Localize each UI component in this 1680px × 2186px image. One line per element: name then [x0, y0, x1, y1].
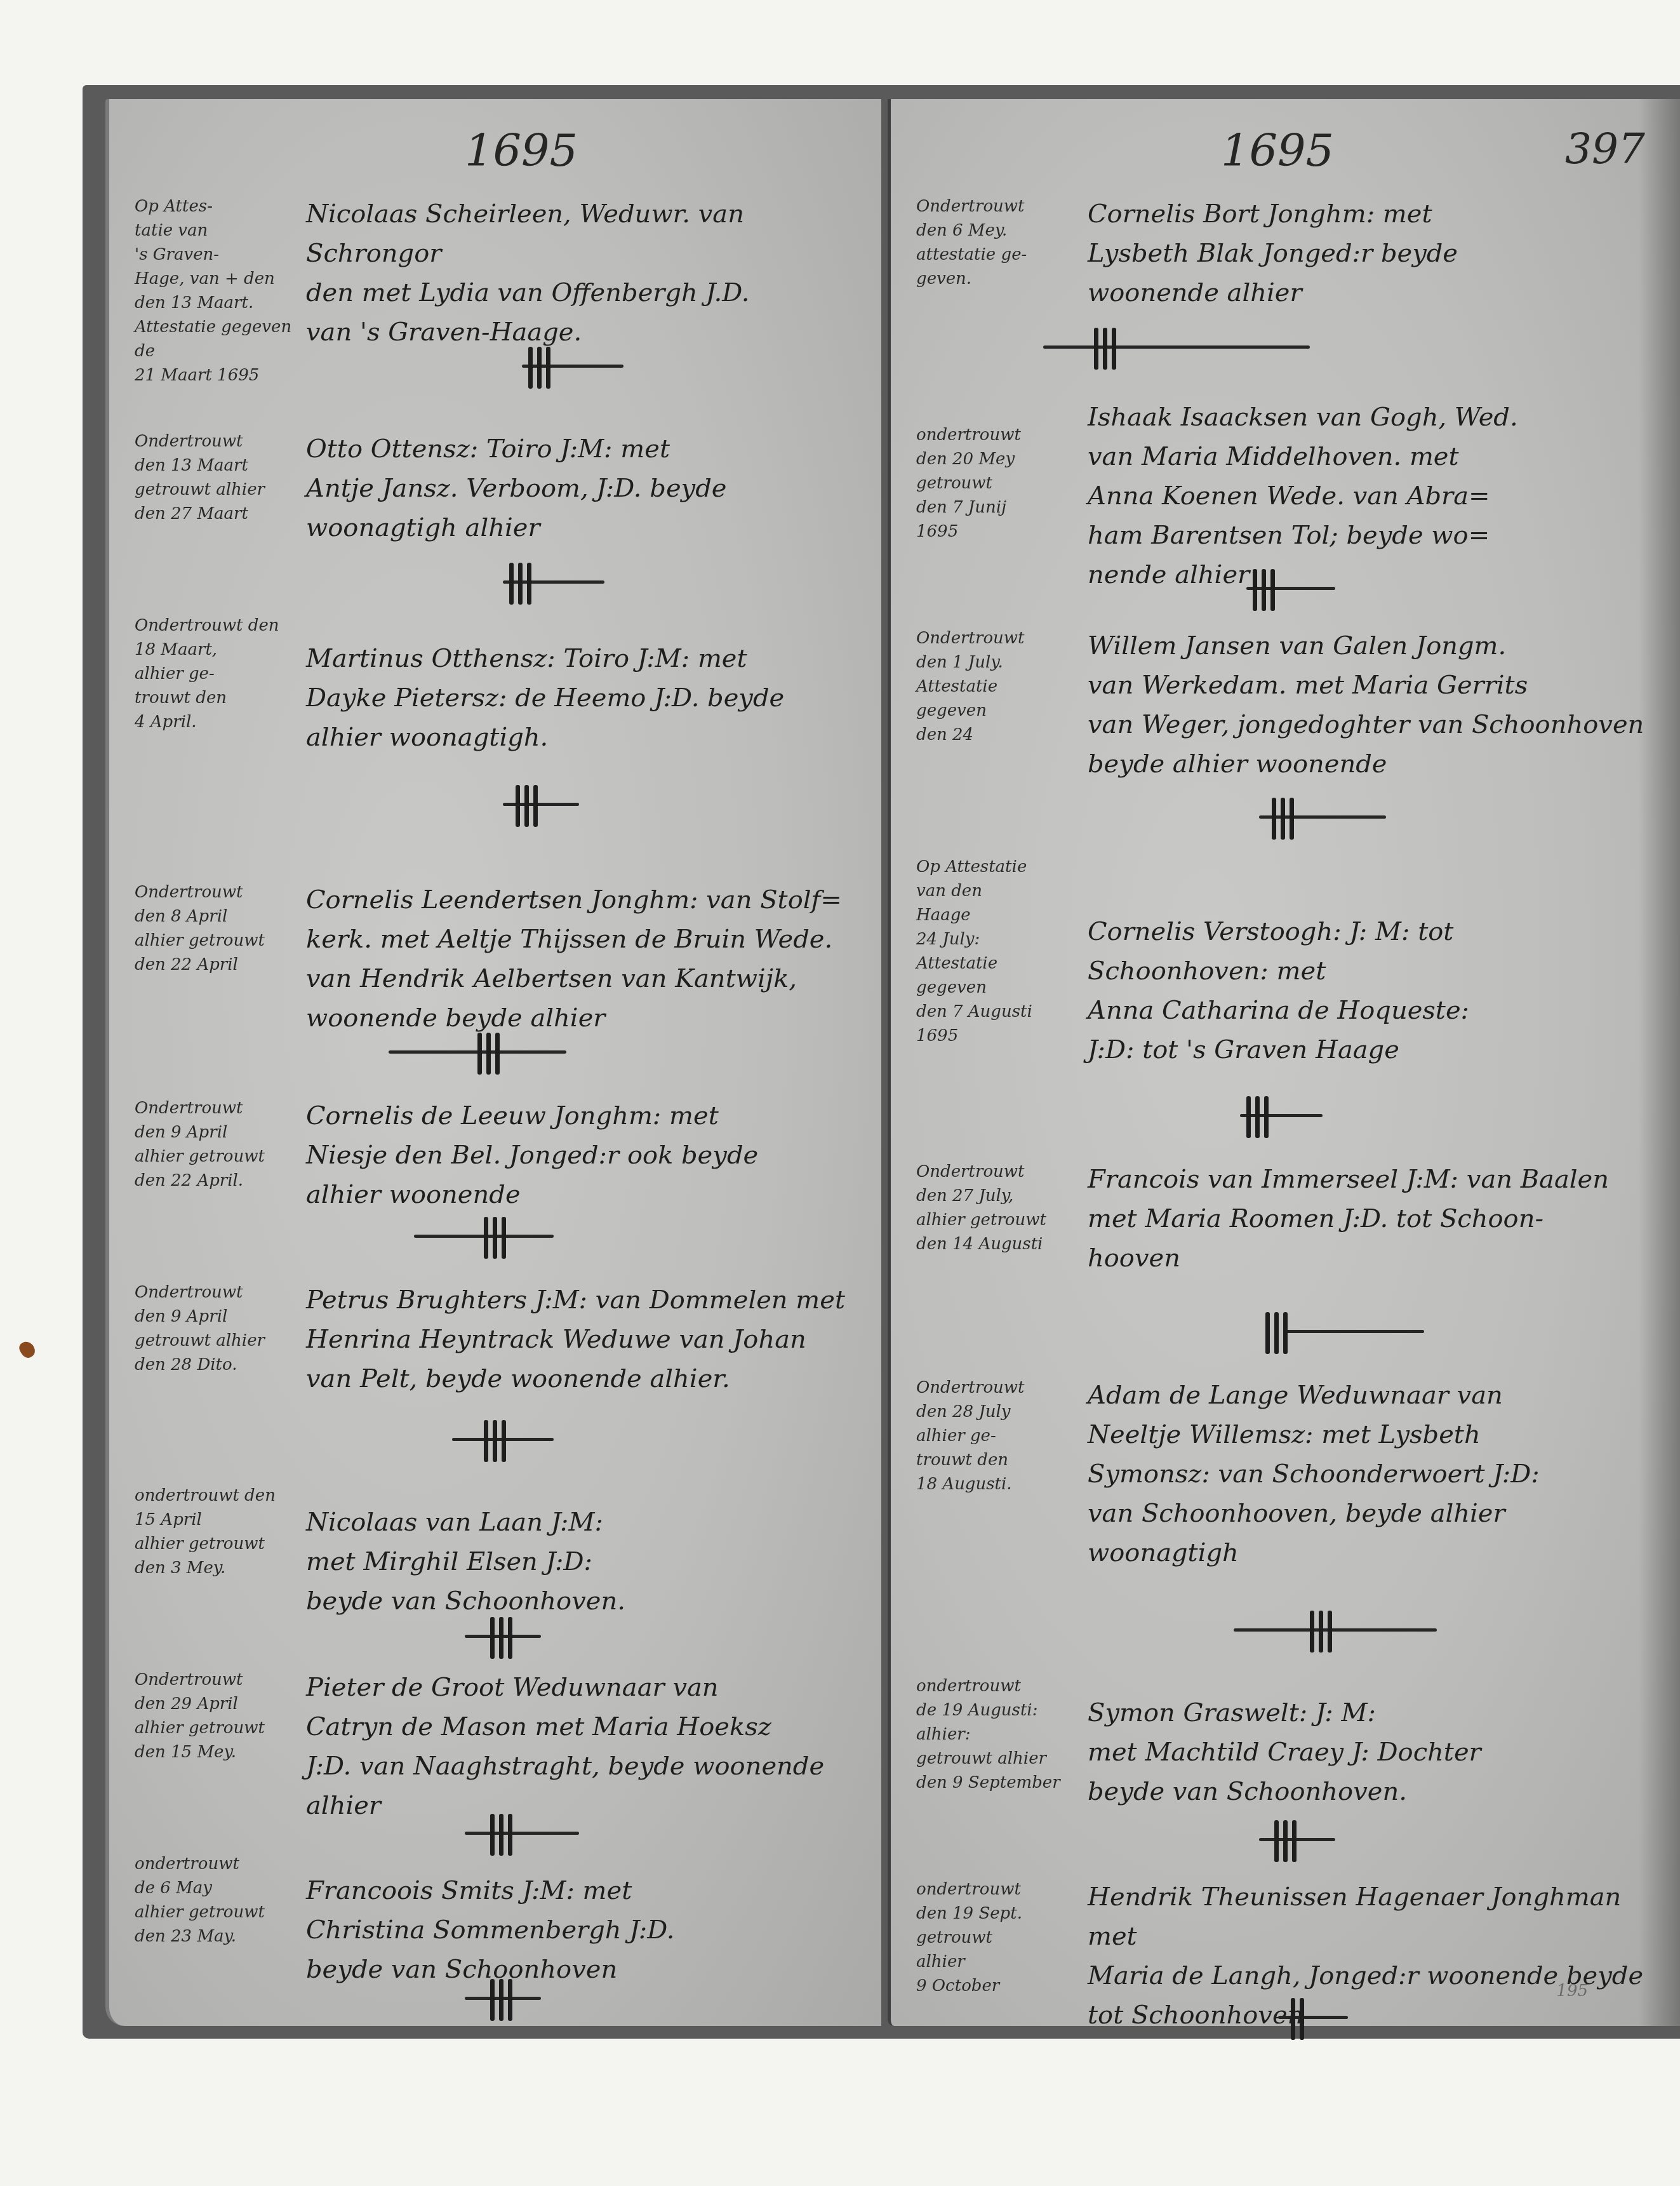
tally-mark: [1234, 1611, 1437, 1649]
entry-text: Pieter de Groot Weduwnaar van Catryn de …: [306, 1668, 856, 1825]
tally-mark: [389, 1033, 528, 1071]
entry-text: Adam de Lange Weduwnaar van Neeltje Will…: [1088, 1376, 1658, 1572]
tally-mark: [465, 1814, 604, 1852]
tally-mark: [490, 785, 630, 823]
tally-mark: [1246, 569, 1386, 607]
margin-note: Ondertrouwt den 28 July alhier ge- trouw…: [916, 1376, 1075, 1496]
entry-text: Ishaak Isaacksen van Gogh, Wed. van Mari…: [1088, 398, 1658, 594]
left-page-year: 1695: [465, 124, 578, 177]
margin-note: Ondertrouwt den 13 Maart getrouwt alhier…: [135, 429, 293, 526]
folio-number: 397: [1565, 124, 1645, 173]
entry-text: Martinus Otthensz: Toiro J:M: met Dayke …: [306, 639, 856, 757]
tally-mark: [1259, 1820, 1335, 1858]
tally-mark: [1043, 328, 1310, 366]
entry-text: Nicolaas van Laan J:M: met Mirghil Elsen…: [306, 1503, 856, 1621]
margin-note: ondertrouwt de 19 Augusti: alhier: getro…: [916, 1674, 1075, 1795]
tally-mark: [452, 1420, 592, 1458]
entry-text: Petrus Brughters J:M: van Dommelen met H…: [306, 1280, 856, 1398]
entry-text: Symon Graswelt: J: M: met Machtild Craey…: [1088, 1693, 1658, 1811]
entry-text: Nicolaas Scheirleen, Weduwr. van Schrong…: [306, 194, 856, 352]
entry-text: Cornelis de Leeuw Jonghm: met Niesje den…: [306, 1096, 856, 1214]
entry-text: Otto Ottensz: Toiro J:M: met Antje Jansz…: [306, 429, 856, 547]
tally-mark: [465, 1617, 604, 1655]
right-page: 1695 397 Ondertrouwt den 6 Mey. attestat…: [888, 99, 1680, 2026]
register-photograph: 1695 Op Attes- tatie van 's Graven- Hage…: [83, 85, 1680, 2039]
margin-note: Op Attestatie van den Haage 24 July: Att…: [916, 855, 1075, 1048]
tally-mark: [522, 347, 662, 385]
tally-mark: [1278, 1998, 1348, 2036]
tally-mark: [1259, 798, 1399, 836]
margin-note: ondertrouwt den 15 April alhier getrouwt…: [135, 1484, 293, 1580]
margin-note: Ondertrouwt den 9 April getrouwt alhier …: [135, 1280, 293, 1377]
rust-stain: [17, 1339, 37, 1360]
tally-mark: [414, 1217, 554, 1255]
entry-text: Francois van Immerseel J:M: van Baalen m…: [1088, 1160, 1658, 1278]
entry-text: Hendrik Theunissen Hagenaer Jonghman met…: [1088, 1877, 1658, 2035]
entry-text: Cornelis Bort Jonghm: met Lysbeth Blak J…: [1088, 194, 1658, 312]
margin-note: ondertrouwt de 6 May alhier getrouwt den…: [135, 1852, 293, 1948]
tally-mark: [1259, 1312, 1424, 1350]
entry-text: Francoois Smits J:M: met Christina Somme…: [306, 1871, 856, 1989]
margin-note: Ondertrouwt den 29 April alhier getrouwt…: [135, 1668, 293, 1764]
margin-note: Ondertrouwt den 18 Maart, alhier ge- tro…: [135, 614, 293, 734]
margin-note: ondertrouwt den 20 Mey getrouwt den 7 Ju…: [916, 423, 1075, 544]
left-page: 1695 Op Attes- tatie van 's Graven- Hage…: [105, 99, 881, 2026]
margin-note: Ondertrouwt den 9 April alhier getrouwt …: [135, 1096, 293, 1193]
margin-note: Ondertrouwt den 8 April alhier getrouwt …: [135, 880, 293, 977]
tally-mark: [1240, 1096, 1380, 1134]
entry-text: Cornelis Leendertsen Jonghm: van Stolf= …: [306, 880, 856, 1038]
faint-page-number: 195: [1556, 1981, 1588, 2001]
entry-text: Willem Jansen van Galen Jongm. van Werke…: [1088, 626, 1658, 784]
entry-text: Cornelis Verstoogh: J: M: tot Schoonhove…: [1088, 912, 1658, 1070]
right-page-year: 1695: [1221, 124, 1334, 177]
margin-note: Op Attes- tatie van 's Graven- Hage, van…: [135, 194, 293, 387]
tally-mark: [490, 563, 630, 601]
margin-note: Ondertrouwt den 1 July. Attestatie gegev…: [916, 626, 1075, 747]
margin-note: Ondertrouwt den 27 July, alhier getrouwt…: [916, 1160, 1075, 1256]
tally-mark: [465, 1979, 604, 2017]
margin-note: ondertrouwt den 19 Sept. getrouwt alhier…: [916, 1877, 1075, 1998]
margin-note: Ondertrouwt den 6 Mey. attestatie ge- ge…: [916, 194, 1075, 291]
